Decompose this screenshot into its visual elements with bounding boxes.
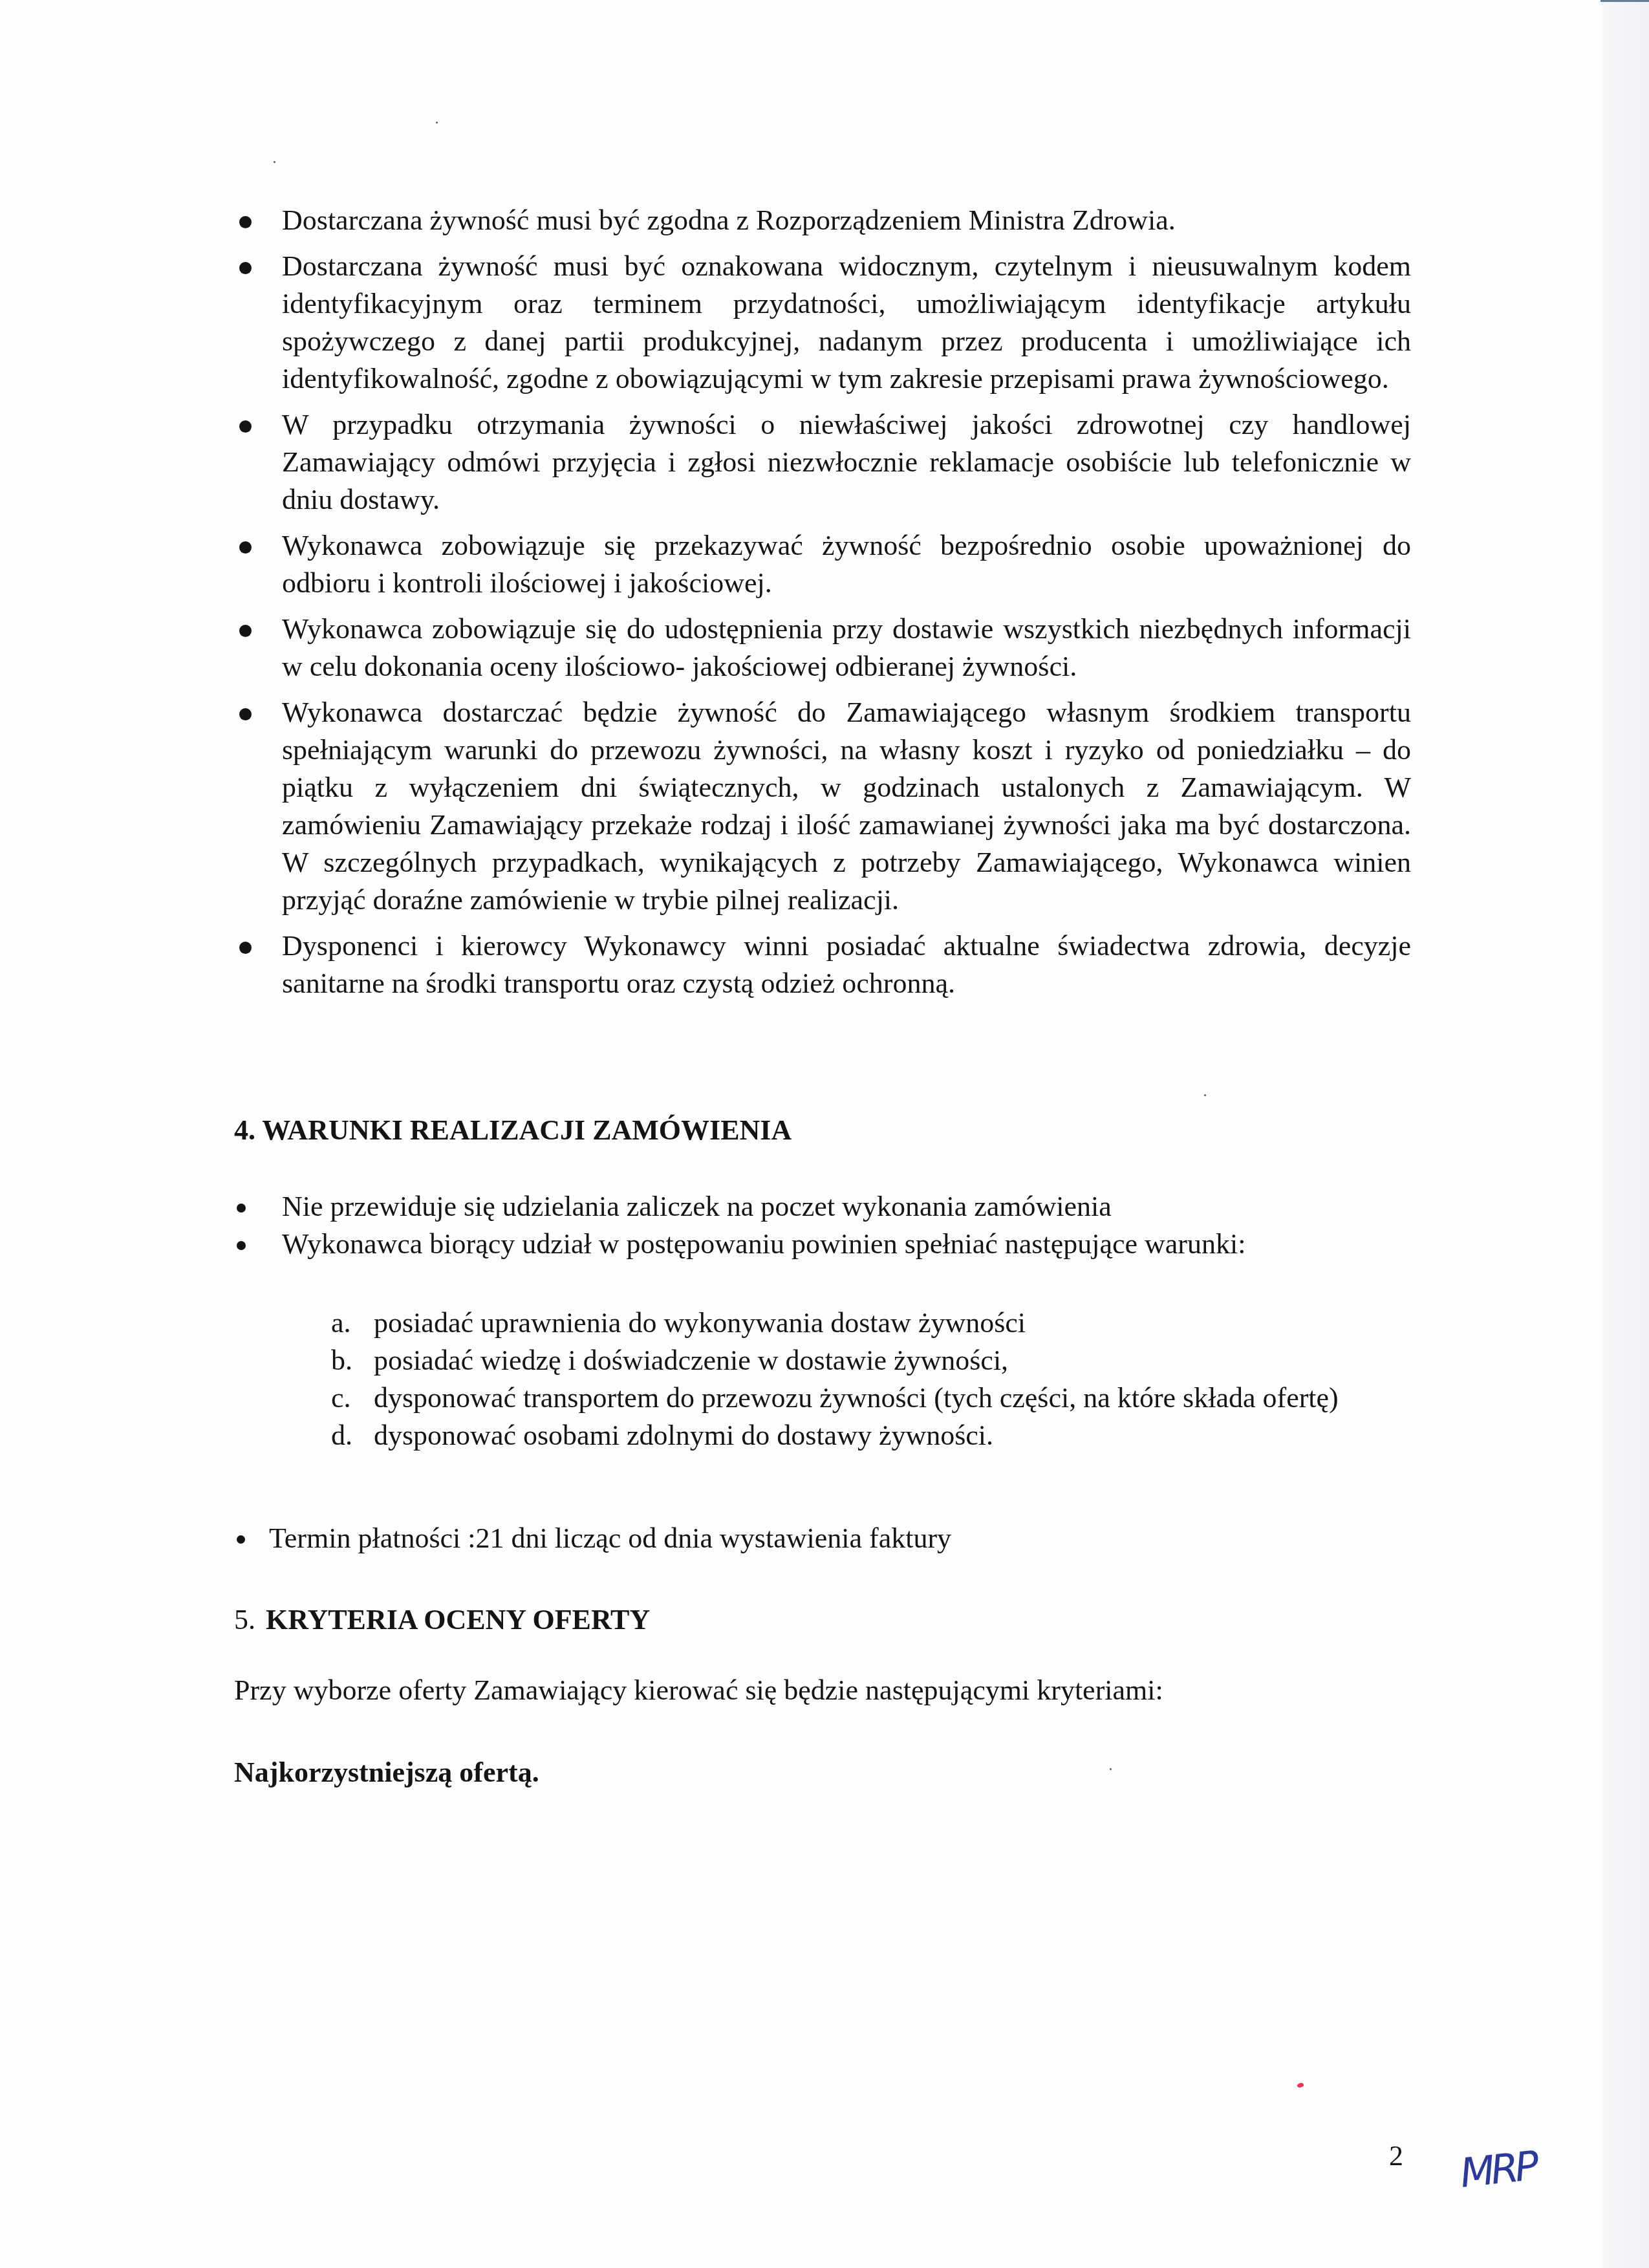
condition-text: posiadać wiedzę i doświadczenie w dostaw… [374,1345,1008,1376]
section-title: KRYTERIA OCENY OFERTY [266,1604,650,1636]
list-item: Wykonawca zobowiązuje się do udostępnien… [282,610,1411,686]
condition-item: b.posiadać wiedzę i doświadczenie w dost… [331,1342,1424,1379]
scan-speck [1204,1094,1206,1096]
section-4-list: Nie przewiduje się udzielania zaliczek n… [282,1188,1411,1263]
scan-speck [274,161,275,163]
scan-speck [1110,1768,1112,1770]
ink-mark [1297,2082,1304,2089]
requirements-list: Dostarczana żywność musi być zgodna z Ro… [282,202,1411,1011]
section-5-heading: 5.KRYTERIA OCENY OFERTY [234,1601,650,1639]
list-item: Wykonawca dostarczać będzie żywność do Z… [282,694,1411,919]
payment-terms: Termin płatności :21 dni licząc od dnia … [269,1520,1398,1557]
condition-item: a.posiadać uprawnienia do wykonywania do… [331,1304,1424,1342]
criteria-intro: Przy wyborze oferty Zamawiający kierować… [234,1672,1163,1709]
list-marker: a. [331,1304,351,1342]
list-item: Nie przewiduje się udzielania zaliczek n… [282,1188,1411,1226]
list-item: W przypadku otrzymania żywności o niewła… [282,406,1411,519]
list-item: Dysponenci i kierowcy Wykonawcy winni po… [282,927,1411,1002]
condition-item: c.dysponować transportem do przewozu żyw… [331,1379,1424,1417]
list-item: Dostarczana żywność musi być zgodna z Ro… [282,202,1411,239]
scan-speck [436,122,438,124]
conditions-list: a.posiadać uprawnienia do wykonywania do… [331,1304,1424,1454]
scan-edge-line [1600,0,1649,2]
condition-item: d.dysponować osobami zdolnymi do dostawy… [331,1417,1424,1454]
section-number: 5. [234,1604,255,1636]
list-item: Wykonawca zobowiązuje się przekazywać ży… [282,527,1411,602]
condition-text: dysponować osobami zdolnymi do dostawy ż… [374,1420,993,1451]
condition-text: posiadać uprawnienia do wykonywania dost… [374,1307,1026,1339]
handwritten-initials: MRP [1458,2142,1538,2197]
scan-edge [1602,0,1649,2268]
list-marker: b. [331,1342,352,1379]
list-marker: d. [331,1417,352,1454]
payment-list: Termin płatności :21 dni licząc od dnia … [269,1520,1398,1557]
condition-text: dysponować transportem do przewozu żywno… [374,1382,1339,1414]
section-4-heading: 4. WARUNKI REALIZACJI ZAMÓWIENIA [234,1112,792,1149]
page-number: 2 [1389,2137,1403,2175]
list-item: Wykonawca biorący udział w postępowaniu … [282,1226,1411,1263]
list-item: Dostarczana żywność musi być oznakowana … [282,248,1411,398]
criterion: Najkorzystniejszą ofertą. [234,1754,539,1791]
list-marker: c. [331,1379,351,1417]
